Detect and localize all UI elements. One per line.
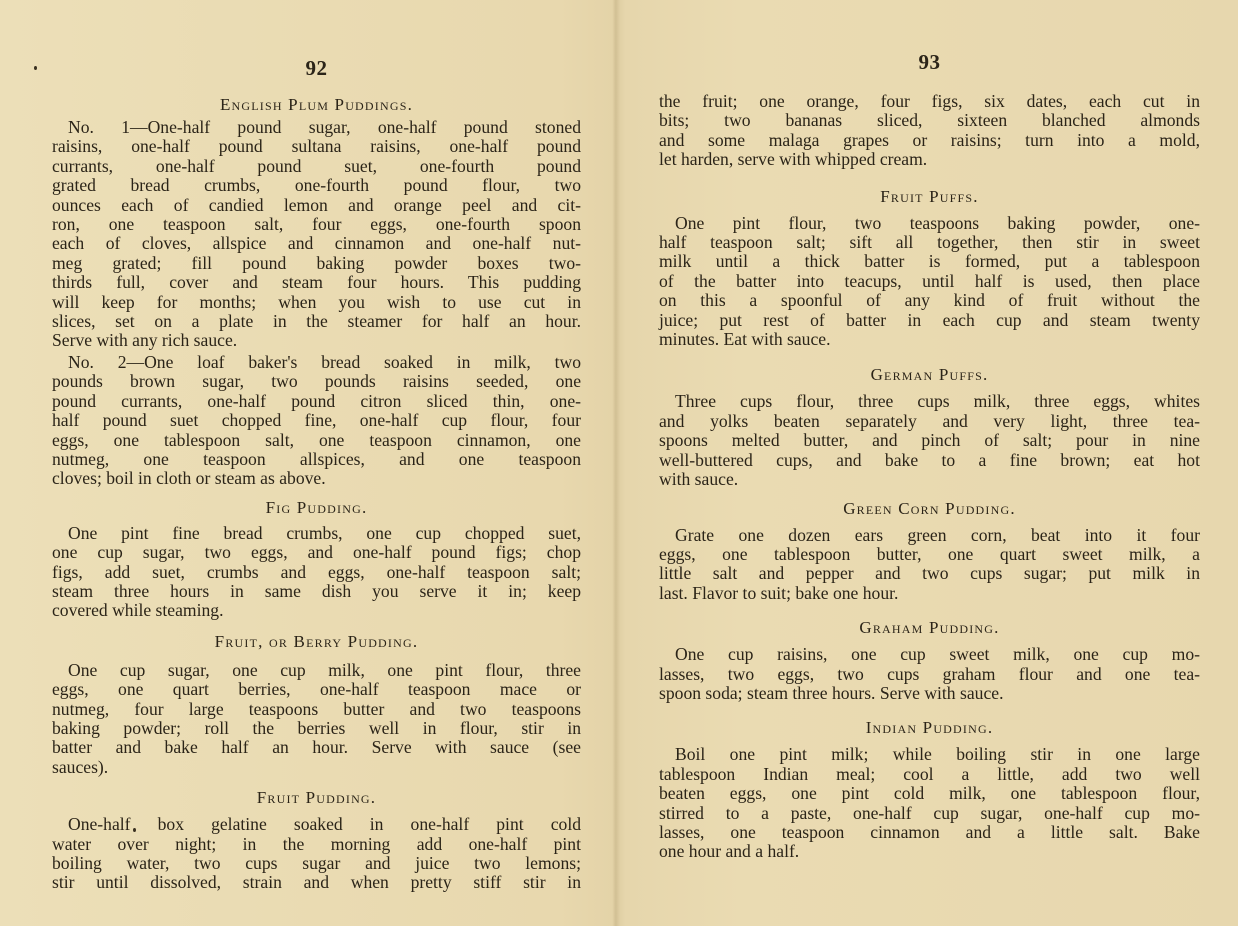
text-line: lasses, two eggs, two cups graham flour …: [659, 665, 1200, 684]
text-line: ounces each of candied lemon and orange …: [52, 196, 581, 215]
recipe-paragraph: One cup raisins, one cup sweet milk, one…: [659, 645, 1200, 703]
text-line: on this a spoonful of any kind of fruit …: [659, 291, 1200, 310]
left-page: 92 English Plum Puddings. No. 1—One-half…: [0, 0, 617, 926]
text-line: pounds brown sugar, two pounds raisins s…: [52, 372, 581, 391]
text-line: of the batter into teacups, until half i…: [659, 272, 1200, 291]
text-line: sauces).: [52, 758, 581, 777]
text-line: stir until dissolved, strain and when pr…: [52, 873, 581, 892]
recipe-paragraph: No. 2—One loaf baker's bread soaked in m…: [52, 353, 581, 489]
text-line: water over night; in the morning add one…: [52, 835, 581, 854]
text-line: thirds full, cover and steam four hours.…: [52, 273, 581, 292]
text-line: and yolks beaten separately and very lig…: [659, 412, 1200, 431]
recipe-paragraph: Three cups flour, three cups milk, three…: [659, 392, 1200, 489]
continued-paragraph: the fruit; one orange, four figs, six da…: [659, 92, 1200, 170]
text-line: One cup raisins, one cup sweet milk, one…: [659, 645, 1200, 664]
text-line: nutmeg, four large teaspoons butter and …: [52, 700, 581, 719]
text-line: meg grated; fill pound baking powder box…: [52, 254, 581, 273]
text-line: milk until a thick batter is formed, put…: [659, 252, 1200, 271]
text-line: No. 1—One-half pound sugar, one-half pou…: [52, 118, 581, 137]
text-line: figs, add suet, crumbs and eggs, one-hal…: [52, 563, 581, 582]
text-line: batter and bake half an hour. Serve with…: [52, 738, 581, 757]
text-line: boiling water, two cups sugar and juice …: [52, 854, 581, 873]
text-line: One pint flour, two teaspoons baking pow…: [659, 214, 1200, 233]
section-heading: Fruit Puffs.: [659, 186, 1200, 208]
text-line: lasses, one teaspoon cinnamon and a litt…: [659, 823, 1200, 842]
page-number: 92: [52, 54, 581, 82]
text-line: ron, one teaspoon salt, four eggs, one-f…: [52, 215, 581, 234]
text-line: little salt and pepper and two cups suga…: [659, 564, 1200, 583]
text-line: let harden, serve with whipped cream.: [659, 150, 1200, 169]
text-line: will keep for months; when you wish to u…: [52, 293, 581, 312]
text-line: eggs, one tablespoon butter, one quart s…: [659, 545, 1200, 564]
text-line: half teaspoon salt; sift all together, t…: [659, 233, 1200, 252]
text-line: steam three hours in same dish you serve…: [52, 582, 581, 601]
text-line: spoon soda; steam three hours. Serve wit…: [659, 684, 1200, 703]
text-line: baking powder; roll the berries well in …: [52, 719, 581, 738]
text-line: One-half box gelatine soaked in one-half…: [52, 815, 581, 834]
section-heading: German Puffs.: [659, 364, 1200, 386]
right-page: 93 the fruit; one orange, four figs, six…: [617, 0, 1238, 926]
text-line: one cup sugar, two eggs, and one-half po…: [52, 543, 581, 562]
text-line: pound currants, one-half pound citron sl…: [52, 392, 581, 411]
text-line: with sauce.: [659, 470, 1200, 489]
recipe-paragraph: No. 1—One-half pound sugar, one-half pou…: [52, 118, 581, 351]
text-line: grated bread crumbs, one-fourth pound fl…: [52, 176, 581, 195]
text-line: and some malaga grapes or raisins; turn …: [659, 131, 1200, 150]
recipe-paragraph: One pint fine bread crumbs, one cup chop…: [52, 524, 581, 621]
text-line: currants, one-half pound suet, one-fourt…: [52, 157, 581, 176]
text-line: juice; put rest of batter in each cup an…: [659, 311, 1200, 330]
print-speck: [34, 66, 37, 70]
page-number: 93: [659, 48, 1200, 76]
text-line: half pound suet chopped fine, one-half c…: [52, 411, 581, 430]
book-spread: 92 English Plum Puddings. No. 1—One-half…: [0, 0, 1238, 926]
text-line: each of cloves, allspice and cinnamon an…: [52, 234, 581, 253]
text-line: One cup sugar, one cup milk, one pint fl…: [52, 661, 581, 680]
text-line: eggs, one tablespoon salt, one teaspoon …: [52, 431, 581, 450]
text-line: slices, set on a plate in the steamer fo…: [52, 312, 581, 331]
text-line: minutes. Eat with sauce.: [659, 330, 1200, 349]
recipe-paragraph: Boil one pint milk; while boiling stir i…: [659, 745, 1200, 861]
text-line: Grate one dozen ears green corn, beat in…: [659, 526, 1200, 545]
text-line: well-buttered cups, and bake to a fine b…: [659, 451, 1200, 470]
text-line: last. Flavor to suit; bake one hour.: [659, 584, 1200, 603]
text-line: Three cups flour, three cups milk, three…: [659, 392, 1200, 411]
section-heading: English Plum Puddings.: [52, 94, 581, 116]
section-heading: Graham Pudding.: [659, 617, 1200, 639]
recipe-paragraph: One cup sugar, one cup milk, one pint fl…: [52, 661, 581, 777]
text-line: spoons melted butter, and pinch of salt;…: [659, 431, 1200, 450]
section-heading: Indian Pudding.: [659, 717, 1200, 739]
section-heading: Fruit, or Berry Pudding.: [52, 631, 581, 653]
text-line: eggs, one quart berries, one-half teaspo…: [52, 680, 581, 699]
text-line: Serve with any rich sauce.: [52, 331, 581, 350]
text-line: cloves; boil in cloth or steam as above.: [52, 469, 581, 488]
section-heading: Fig Pudding.: [52, 497, 581, 519]
text-line: No. 2—One loaf baker's bread soaked in m…: [52, 353, 581, 372]
section-heading: Fruit Pudding.: [52, 787, 581, 809]
section-heading: Green Corn Pudding.: [659, 498, 1200, 520]
recipe-paragraph: Grate one dozen ears green corn, beat in…: [659, 526, 1200, 604]
text-line: bits; two bananas sliced, sixteen blanch…: [659, 111, 1200, 130]
recipe-paragraph: One-half box gelatine soaked in one-half…: [52, 815, 581, 893]
text-line: tablespoon Indian meal; cool a little, a…: [659, 765, 1200, 784]
text-line: Boil one pint milk; while boiling stir i…: [659, 745, 1200, 764]
print-speck: [133, 828, 136, 832]
text-line: beaten eggs, one pint cold milk, one tab…: [659, 784, 1200, 803]
text-line: raisins, one-half pound sultana raisins,…: [52, 137, 581, 156]
text-line: One pint fine bread crumbs, one cup chop…: [52, 524, 581, 543]
text-line: one hour and a half.: [659, 842, 1200, 861]
text-line: nutmeg, one teaspoon allspices, and one …: [52, 450, 581, 469]
recipe-paragraph: One pint flour, two teaspoons baking pow…: [659, 214, 1200, 350]
text-line: the fruit; one orange, four figs, six da…: [659, 92, 1200, 111]
text-line: covered while steaming.: [52, 601, 581, 620]
text-line: stirred to a paste, one-half cup sugar, …: [659, 804, 1200, 823]
